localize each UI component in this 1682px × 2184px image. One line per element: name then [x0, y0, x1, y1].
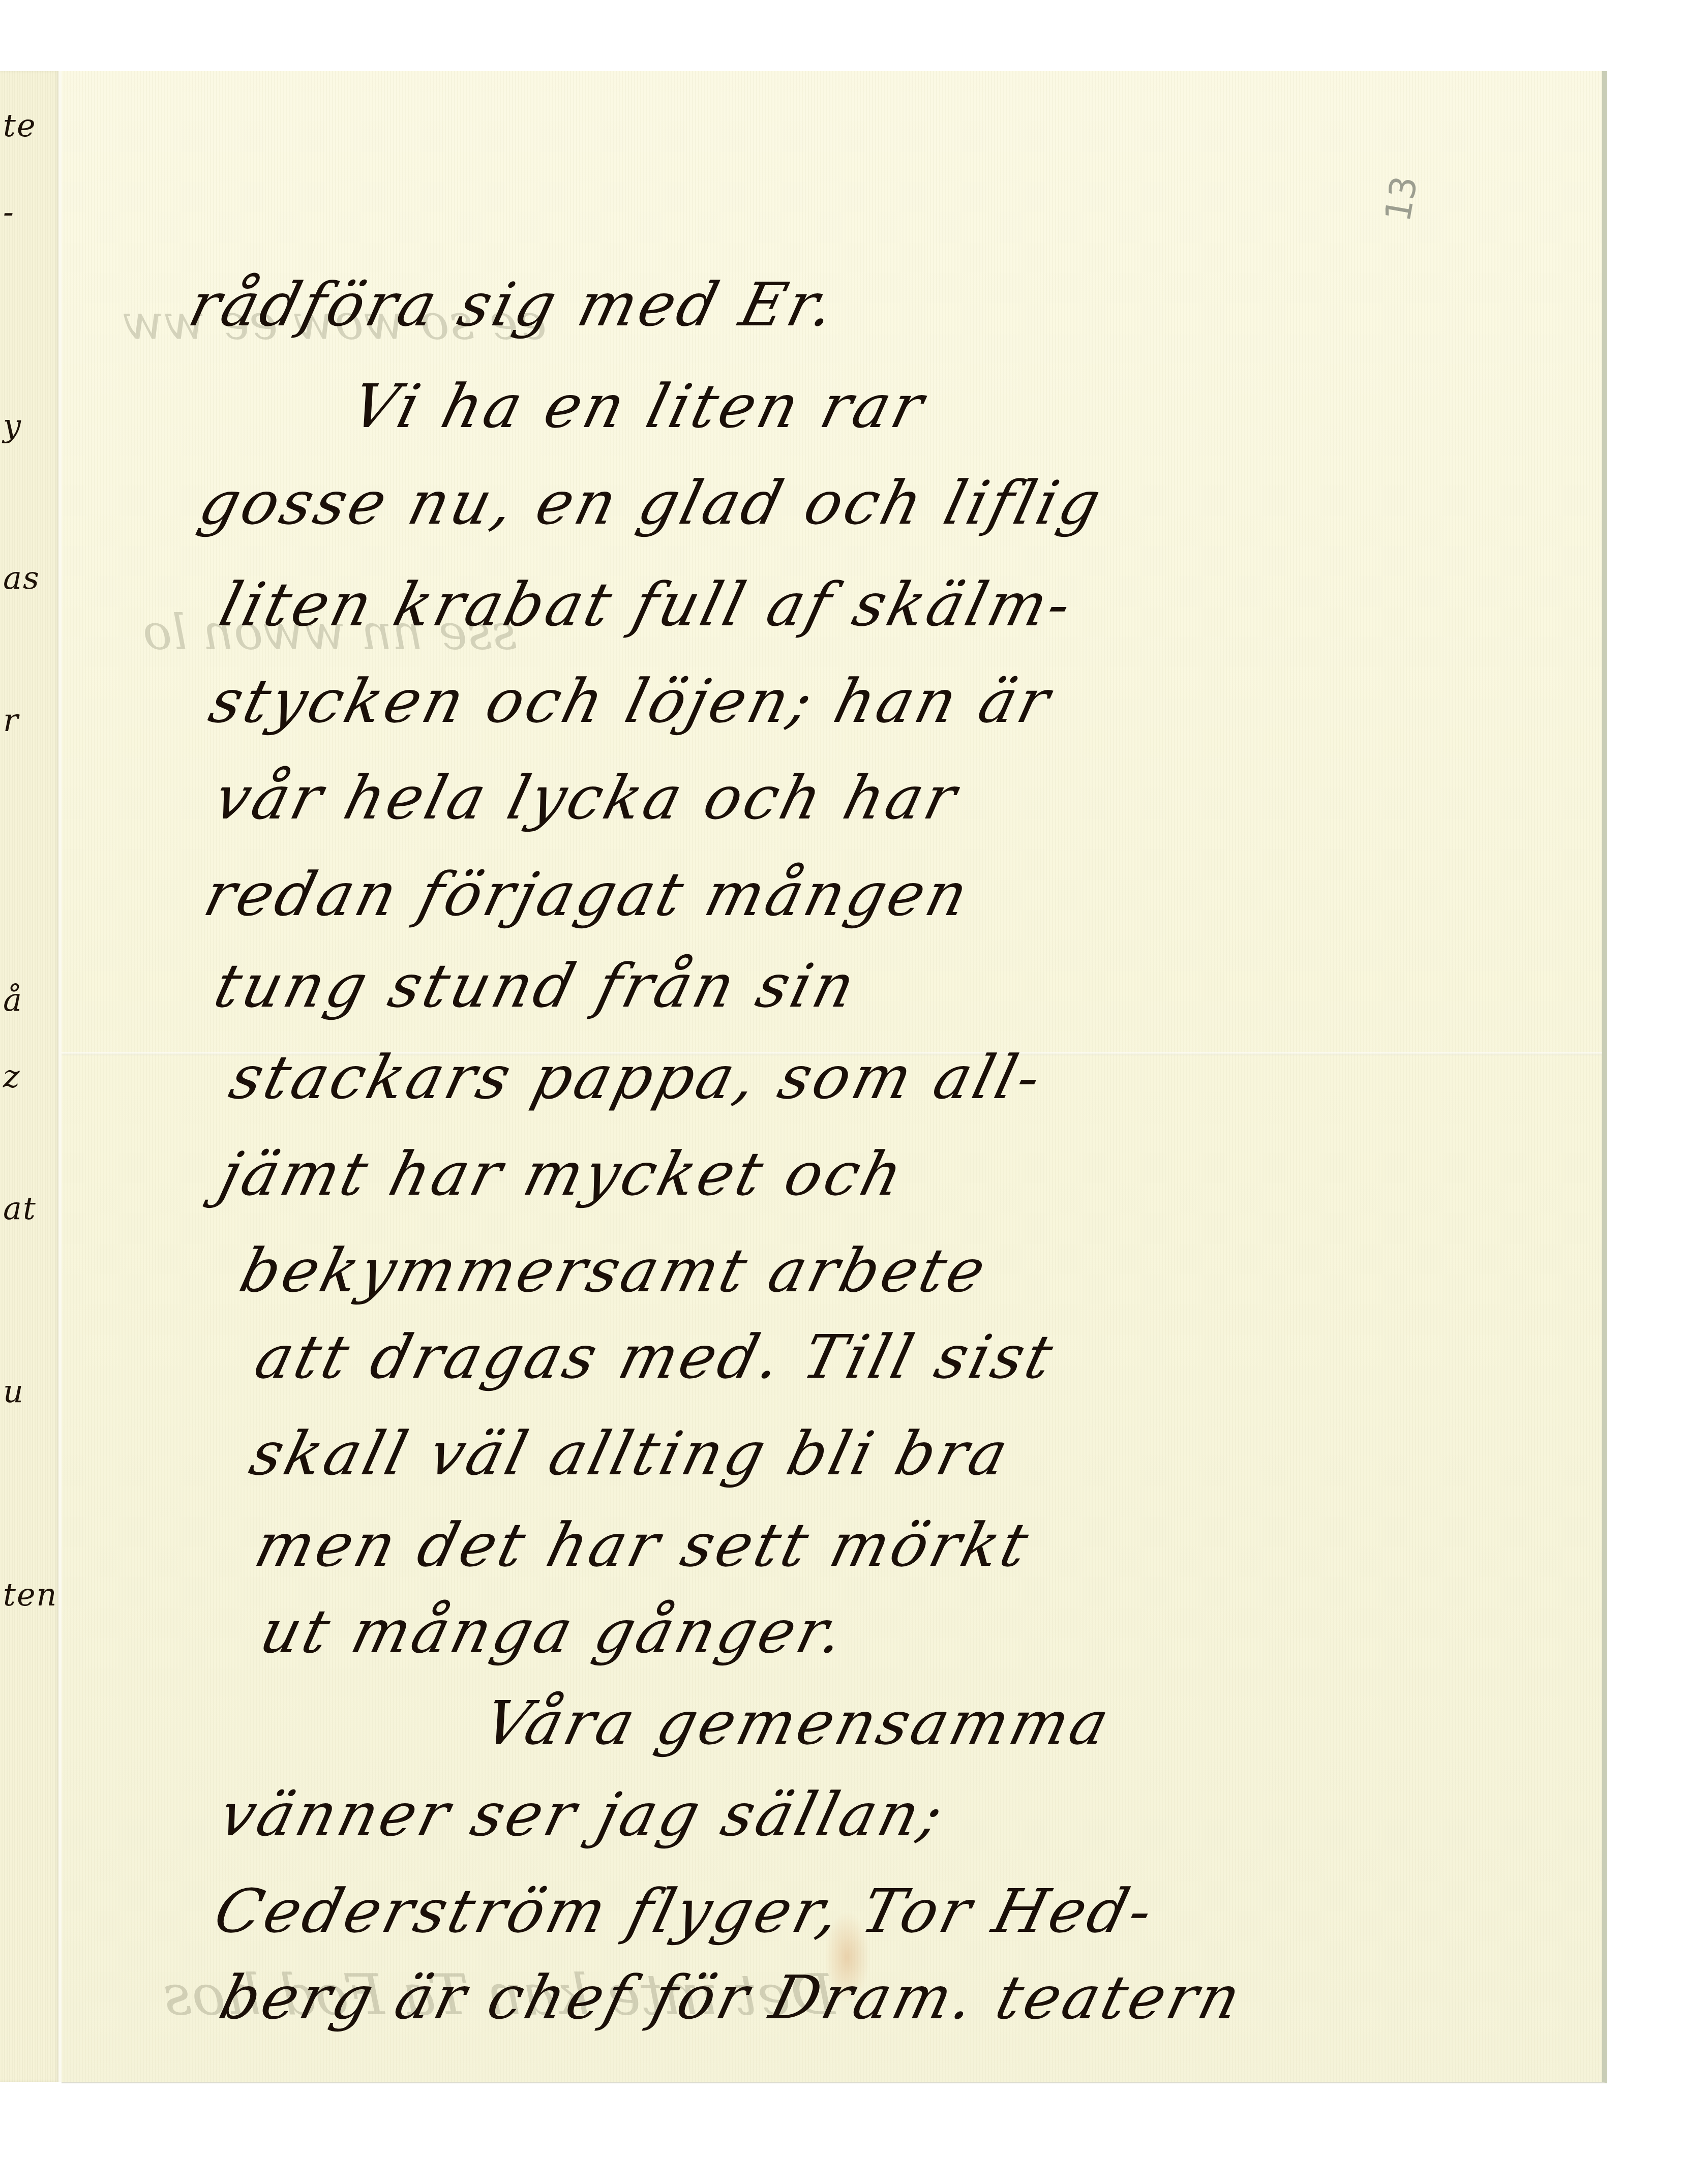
text-line: rådföra sig med Er.	[184, 275, 844, 335]
text-line: gosse nu, en glad och liflig	[194, 473, 1109, 533]
previous-page-strip: te - y as r å z at u ten	[0, 71, 62, 2082]
text-line: bekymmersamt arbete	[234, 1240, 994, 1300]
margin-fragment: y	[3, 407, 22, 444]
text-line: att dragas med. Till sist	[250, 1327, 1061, 1387]
margin-fragment: u	[3, 1373, 24, 1410]
text-line: vår hela lycka och har	[209, 768, 965, 828]
text-line: ut många gånger.	[255, 1601, 853, 1661]
text-line: men det har sett mörkt	[250, 1515, 1037, 1575]
margin-fragment: as	[3, 559, 40, 596]
margin-fragment: -	[3, 193, 15, 230]
margin-fragment: ten	[3, 1576, 58, 1613]
text-line: berg är chef för Dram. teatern	[214, 1967, 1249, 2027]
text-line: Vi ha en liten rar	[346, 376, 932, 436]
letter-body: rådföra sig med Er. Vi ha en liten rar g…	[62, 71, 1602, 2082]
margin-fragment: å	[3, 981, 23, 1018]
margin-fragment: at	[3, 1190, 37, 1227]
scanned-letter: te - y as r å z at u ten 13 ee so wow ee…	[0, 0, 1682, 2184]
text-line: stackars pappa, som all-	[224, 1047, 1049, 1107]
text-line: skall väl allting bli bra	[245, 1423, 1016, 1483]
text-line: liten krabat full af skälm-	[214, 574, 1080, 634]
text-line: redan förjagat mången	[199, 864, 977, 924]
text-line: jämt har mycket och	[214, 1144, 911, 1204]
margin-fragment: te	[3, 107, 37, 144]
text-line: Cederström flyger, Tor Hed-	[209, 1881, 1161, 1941]
text-line: stycken och löjen; han är	[204, 671, 1059, 731]
margin-fragment: z	[3, 1057, 21, 1095]
text-line: Våra gemensamma	[478, 1693, 1118, 1753]
margin-fragment: r	[3, 702, 19, 739]
text-line: vänner ser jag sällan;	[214, 1784, 952, 1844]
letter-page: 13 ee so wow ee ww sse nn wwon lo Det in…	[62, 71, 1607, 2083]
text-line: tung stund från sin	[209, 956, 863, 1016]
